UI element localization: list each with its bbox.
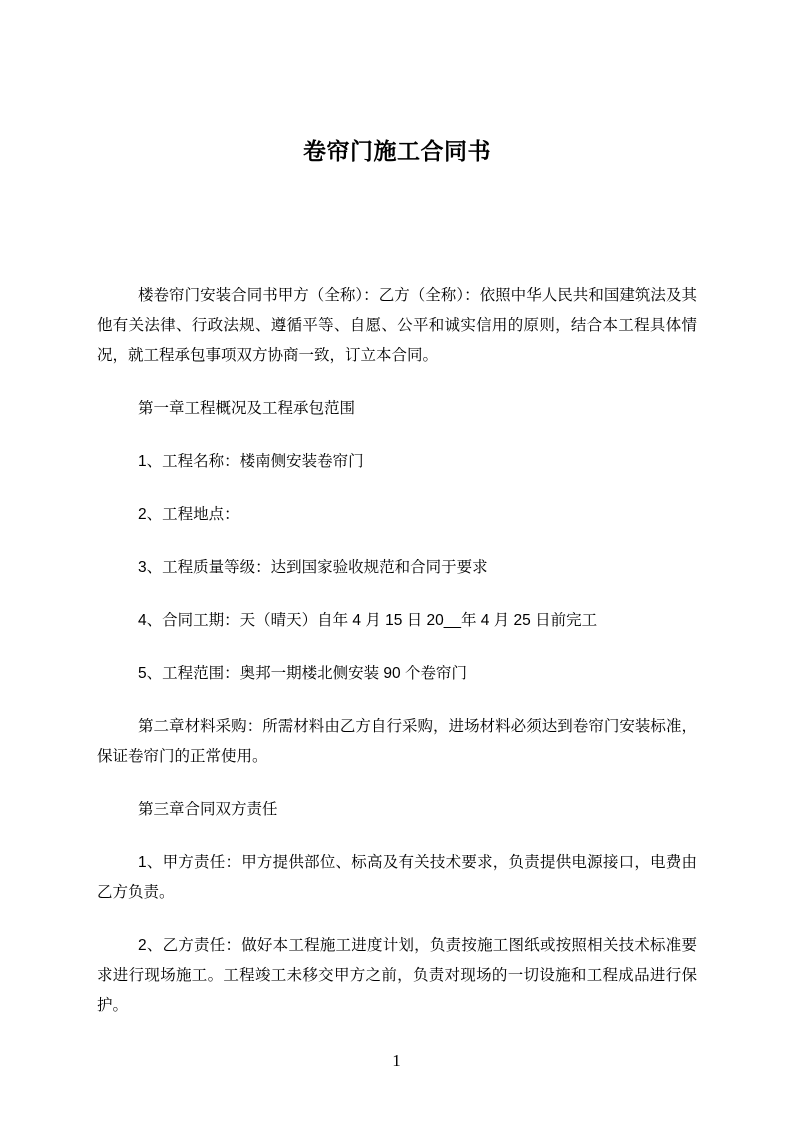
document-page: 卷帘门施工合同书 楼卷帘门安装合同书甲方（全称）：乙方（全称）：依照中华人民共和…	[0, 0, 793, 1122]
list-item-quality-grade: 3、工程质量等级：达到国家验收规范和合同于要求	[97, 553, 697, 583]
document-title: 卷帘门施工合同书	[97, 133, 697, 169]
list-item-project-scope: 5、工程范围：奥邦一期楼北侧安装 90 个卷帘门	[97, 659, 697, 689]
document-body: 楼卷帘门安装合同书甲方（全称）：乙方（全称）：依照中华人民共和国建筑法及其他有关…	[97, 281, 697, 1021]
responsibility-party-a: 1、甲方责任：甲方提供部位、标高及有关技术要求，负责提供电源接口，电费由乙方负责…	[97, 848, 697, 908]
page-number: 1	[0, 1049, 793, 1073]
list-item-project-name: 1、工程名称：楼南侧安装卷帘门	[97, 447, 697, 477]
chapter-3-heading: 第三章合同双方责任	[97, 795, 697, 825]
paragraph-intro: 楼卷帘门安装合同书甲方（全称）：乙方（全称）：依照中华人民共和国建筑法及其他有关…	[97, 281, 697, 371]
list-item-contract-duration: 4、合同工期：天（晴天）自年 4 月 15 日 20__年 4 月 25 日前完…	[97, 606, 697, 636]
chapter-2-paragraph: 第二章材料采购：所需材料由乙方自行采购，进场材料必须达到卷帘门安装标准，保证卷帘…	[97, 712, 697, 772]
responsibility-party-b: 2、乙方责任：做好本工程施工进度计划，负责按施工图纸或按照相关技术标准要求进行现…	[97, 931, 697, 1021]
chapter-1-heading: 第一章工程概况及工程承包范围	[97, 394, 697, 424]
list-item-project-location: 2、工程地点：	[97, 500, 697, 530]
